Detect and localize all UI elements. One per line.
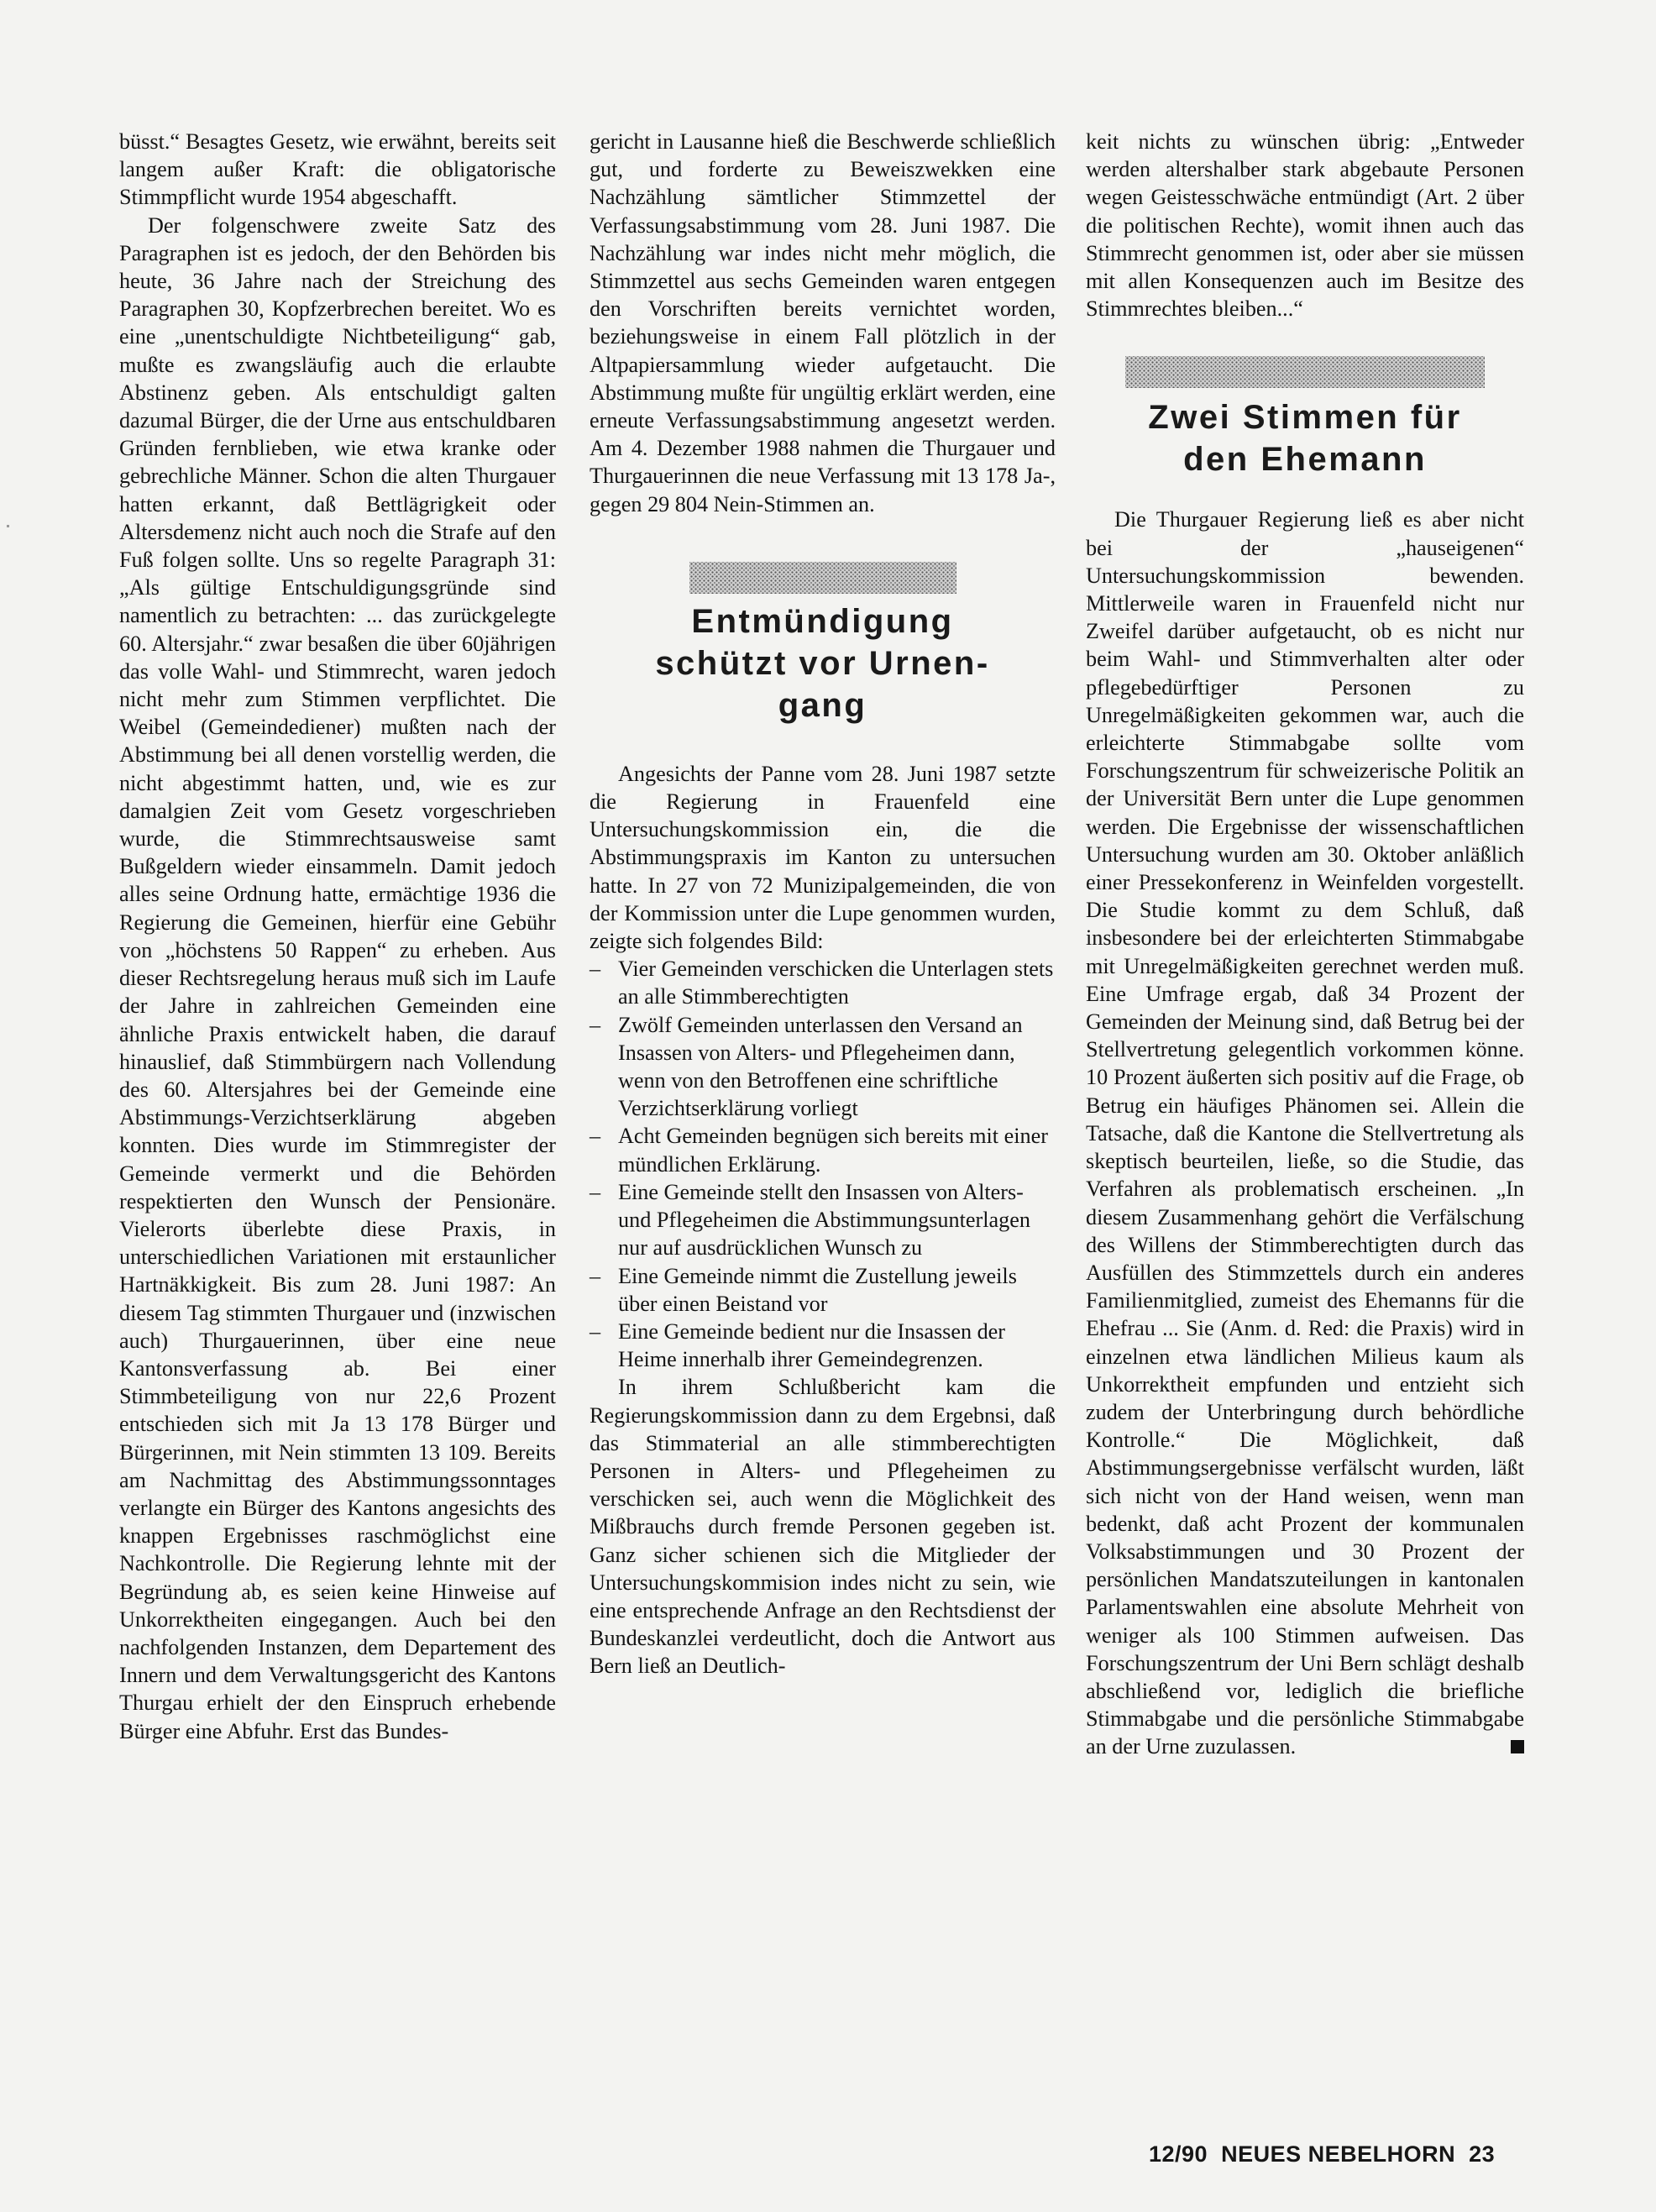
dash-bullet-icon: – bbox=[590, 1318, 600, 1345]
paragraph: Der folgenschwere zweite Satz des Paragr… bbox=[119, 212, 556, 1745]
subheading-entmuendigung: Entmündigung schützt vor Urnen- gang bbox=[590, 600, 1056, 726]
paragraph: Die Thurgauer Regierung ließ es aber nic… bbox=[1086, 506, 1524, 1760]
page-footer: 12/90 NEUES NEBELHORN 23 bbox=[1149, 2141, 1495, 2167]
dash-bullet-icon: – bbox=[590, 1262, 600, 1290]
list-item: –Zwölf Gemeinden unterlassen den Versand… bbox=[590, 1011, 1056, 1123]
article-column-2: gericht in Lausanne hieß die Beschwerde … bbox=[590, 128, 1056, 1680]
magazine-name: NEUES NEBELHORN bbox=[1221, 2141, 1455, 2167]
subheading-line: schützt vor Urnen- bbox=[590, 642, 1056, 684]
issue-number: 12/90 bbox=[1149, 2141, 1208, 2167]
end-of-article-square-icon bbox=[1511, 1740, 1524, 1753]
dash-bullet-icon: – bbox=[590, 1122, 600, 1150]
subheading-zwei-stimmen: Zwei Stimmen für den Ehemann bbox=[1086, 396, 1524, 480]
list-item: –Vier Gemeinden verschicken die Unterlag… bbox=[590, 955, 1056, 1010]
list-item: –Eine Gemeinde nimmt die Zustellung jewe… bbox=[590, 1262, 1056, 1318]
subheading-line: Zwei Stimmen für bbox=[1086, 396, 1524, 438]
findings-list: –Vier Gemeinden verschicken die Unterlag… bbox=[590, 955, 1056, 1373]
paragraph: Angesichts der Panne vom 28. Juni 1987 s… bbox=[590, 760, 1056, 955]
subheading-line: gang bbox=[590, 684, 1056, 726]
list-item: –Eine Gemeinde stellt den Insassen von A… bbox=[590, 1178, 1056, 1262]
subheading-line: den Ehemann bbox=[1086, 438, 1524, 480]
dash-bullet-icon: – bbox=[590, 1011, 600, 1039]
paragraph: büsst.“ Besagtes Gesetz, wie erwähnt, be… bbox=[119, 128, 556, 212]
page-number: 23 bbox=[1469, 2141, 1495, 2167]
section-divider-hatched-bar bbox=[689, 562, 956, 594]
section-divider-hatched-bar bbox=[1125, 356, 1485, 388]
dash-bullet-icon: – bbox=[590, 1178, 600, 1206]
paragraph: In ihrem Schlußbericht kam die Regierung… bbox=[590, 1373, 1056, 1680]
list-item: –Acht Gemeinden begnügen sich bereits mi… bbox=[590, 1122, 1056, 1177]
paragraph: keit nichts zu wünschen übrig: „Entweder… bbox=[1086, 128, 1524, 322]
list-item: –Eine Gemeinde bedient nur die Insassen … bbox=[590, 1318, 1056, 1373]
article-column-1: büsst.“ Besagtes Gesetz, wie erwähnt, be… bbox=[119, 128, 556, 1745]
paragraph: gericht in Lausanne hieß die Beschwerde … bbox=[590, 128, 1056, 518]
subheading-line: Entmündigung bbox=[590, 600, 1056, 642]
article-column-3: keit nichts zu wünschen übrig: „Entweder… bbox=[1086, 128, 1524, 1761]
scan-speck bbox=[7, 525, 9, 527]
dash-bullet-icon: – bbox=[590, 955, 600, 983]
